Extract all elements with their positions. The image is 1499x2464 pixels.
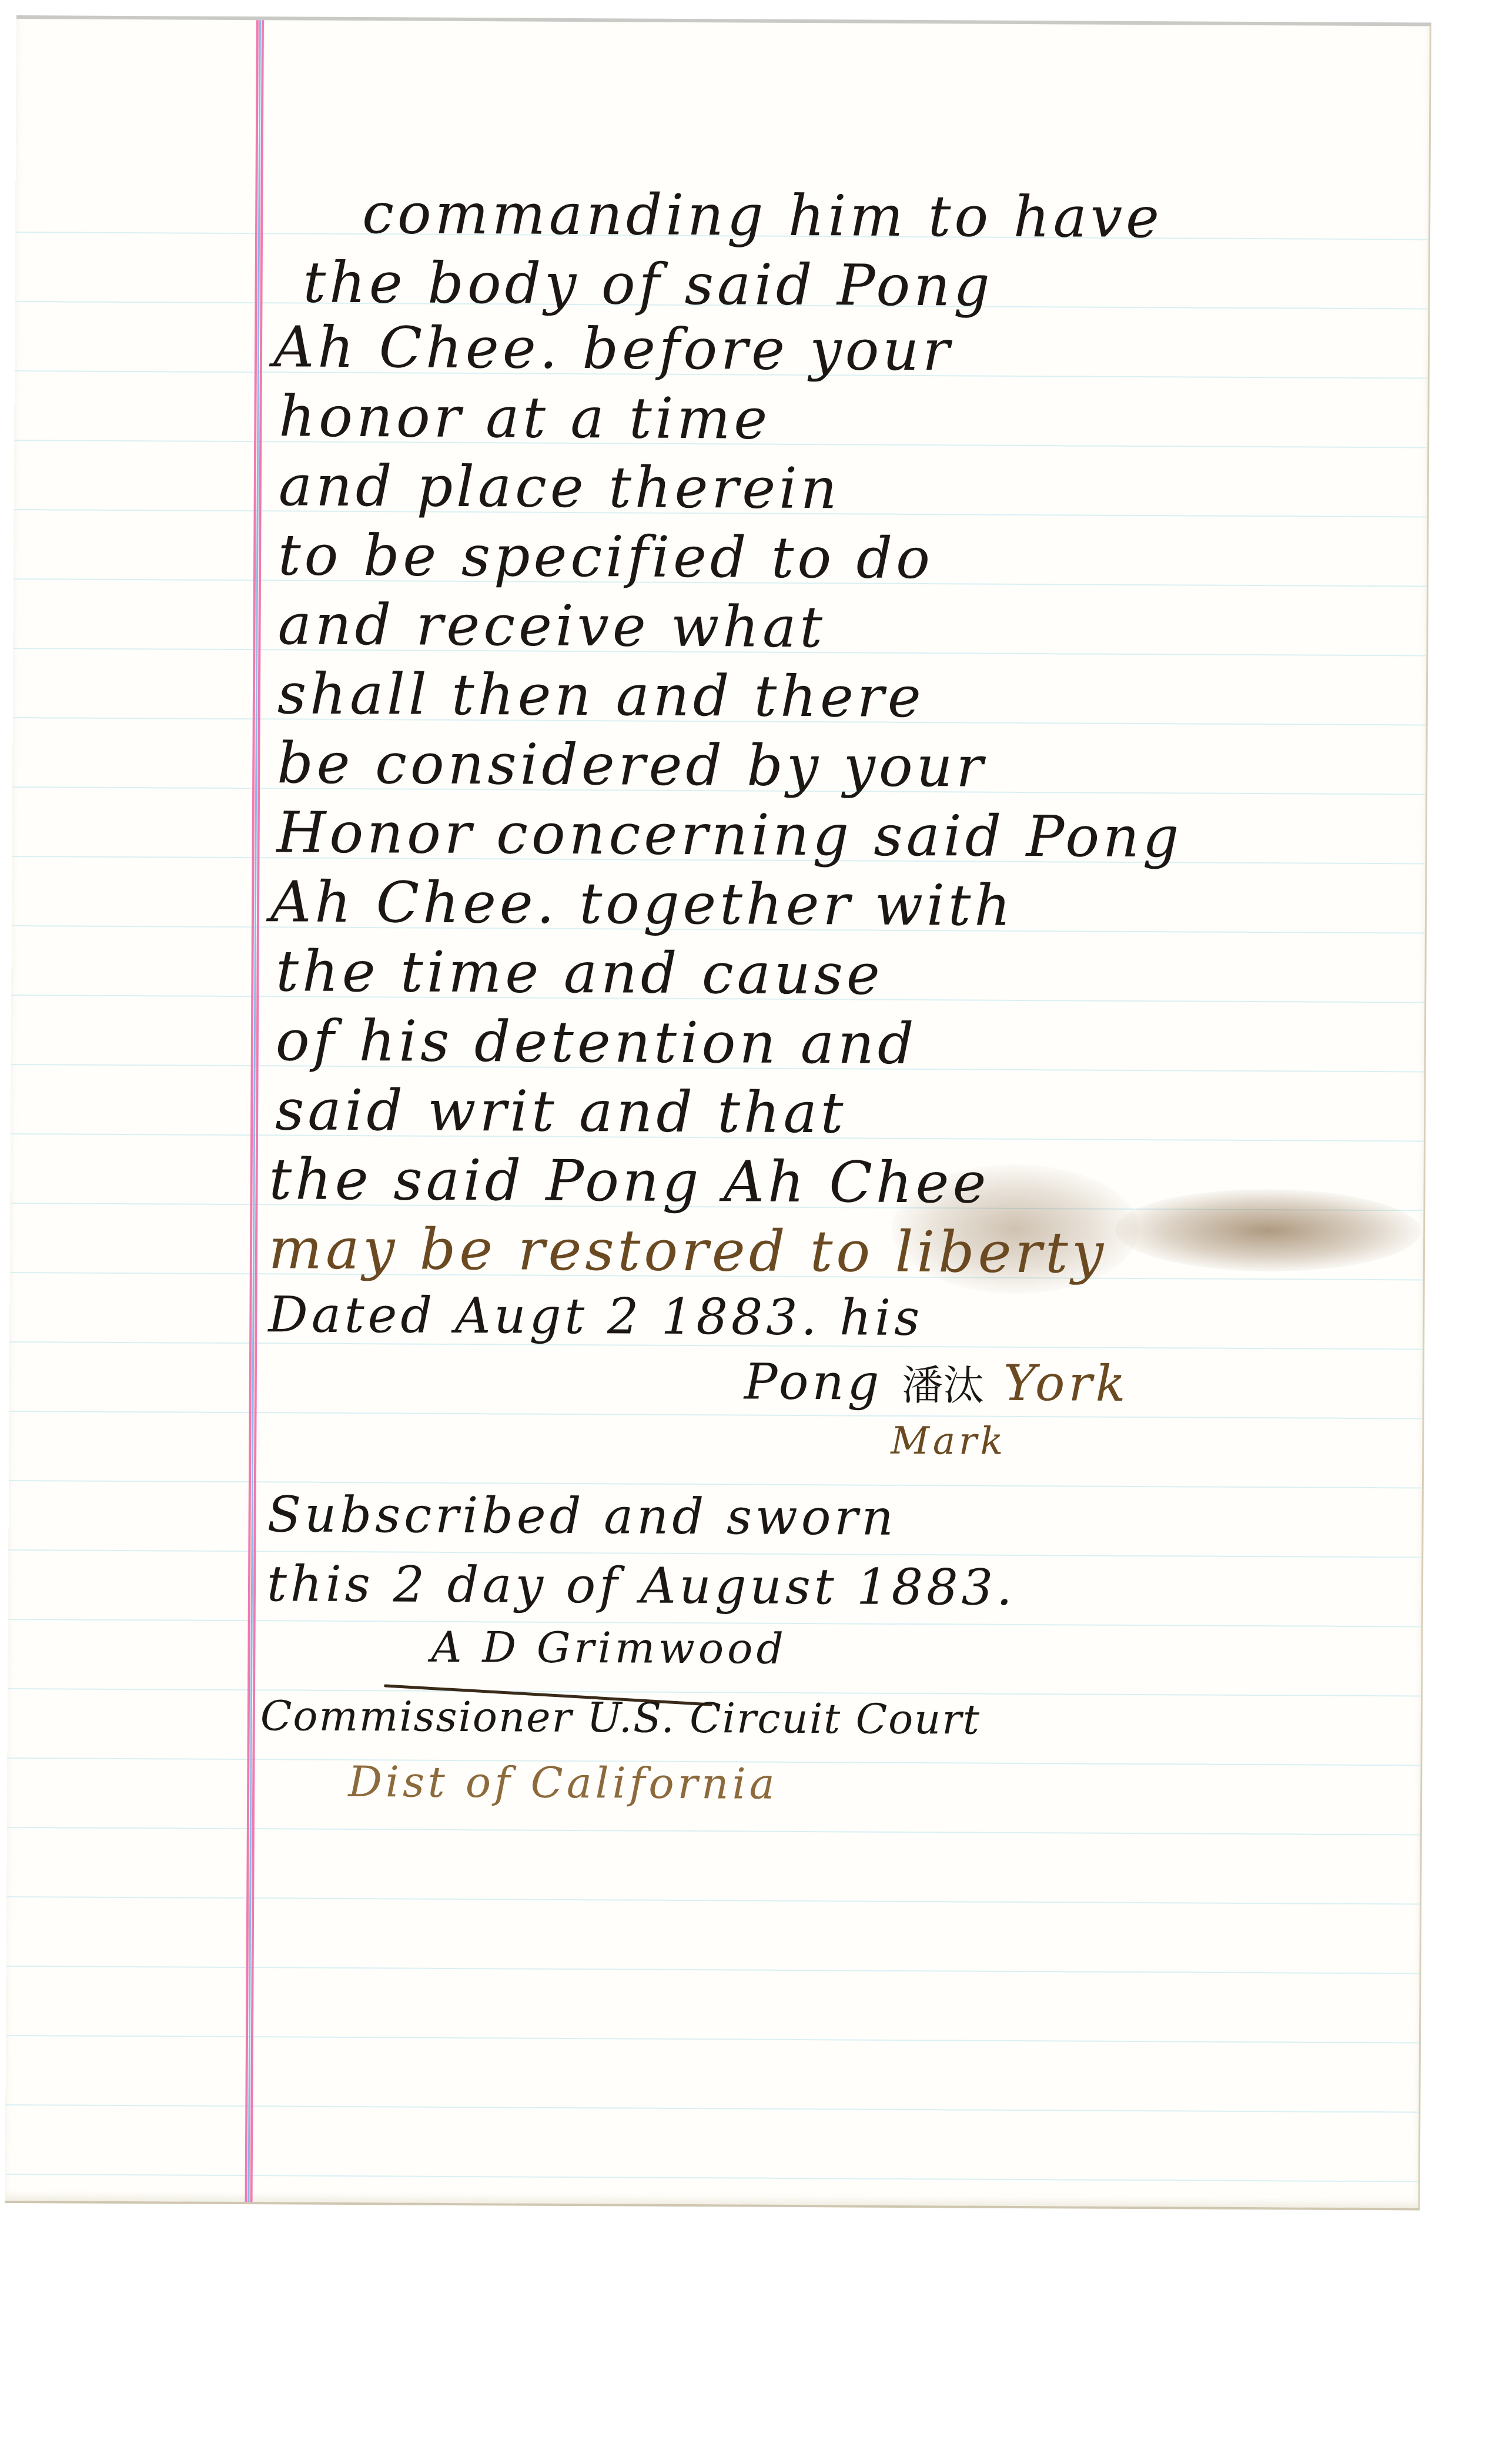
body-line-10: Honor concerning said Pong — [276, 804, 1182, 865]
signature-chinese-characters: 潘汰 — [902, 1361, 984, 1410]
jurat-line-1: Subscribed and sworn — [267, 1489, 896, 1542]
commissioner-title: Commissioner U.S. Circuit Court — [260, 1695, 981, 1740]
jurat-line-2: this 2 day of August 1883. — [267, 1559, 1016, 1612]
body-line-6: to be specified to do — [278, 527, 933, 587]
body-line-11: Ah Chee. together with — [270, 873, 1015, 934]
signature-first-name: Pong — [744, 1353, 883, 1411]
document-page: commanding him to have the body of said … — [5, 15, 1431, 2211]
ruled-line — [5, 2104, 1418, 2113]
signature-last-name: York — [1003, 1354, 1129, 1412]
body-line-17: Dated Augt 2 1883. his — [268, 1290, 923, 1343]
body-line-12: the time and cause — [276, 943, 884, 1002]
commissioner-signature: A D Grimwood — [431, 1626, 787, 1670]
ink-stain — [1115, 1189, 1421, 1273]
ruled-line — [7, 1827, 1420, 1836]
body-line-1: commanding him to have — [362, 185, 1163, 246]
body-line-2: the body of said Pong — [303, 255, 993, 314]
body-line-7: and receive what — [277, 596, 826, 655]
body-line-8: shall then and there — [277, 665, 925, 725]
body-line-16: may be restored to liberty — [269, 1220, 1107, 1281]
ruled-line — [6, 1896, 1420, 1905]
ruled-line — [6, 1966, 1420, 1974]
body-line-9: be considered by your — [277, 735, 987, 795]
ruled-line — [9, 1411, 1423, 1420]
district-line: Dist of California — [348, 1760, 778, 1805]
body-line-13: of his detention and — [276, 1012, 918, 1072]
body-line-15: the said Pong Ah Chee — [269, 1151, 989, 1211]
ruled-line — [6, 2035, 1419, 2044]
body-line-4: honor at a time — [279, 388, 771, 447]
body-line-3: Ah Chee. before your — [273, 319, 953, 379]
body-line-5: and place therein — [279, 457, 841, 517]
ruled-line — [5, 2174, 1418, 2182]
mark-label: Mark — [891, 1422, 1006, 1461]
petitioner-signature: Pong 潘汰 York — [744, 1357, 1129, 1408]
body-line-14: said writ and that — [275, 1082, 847, 1141]
